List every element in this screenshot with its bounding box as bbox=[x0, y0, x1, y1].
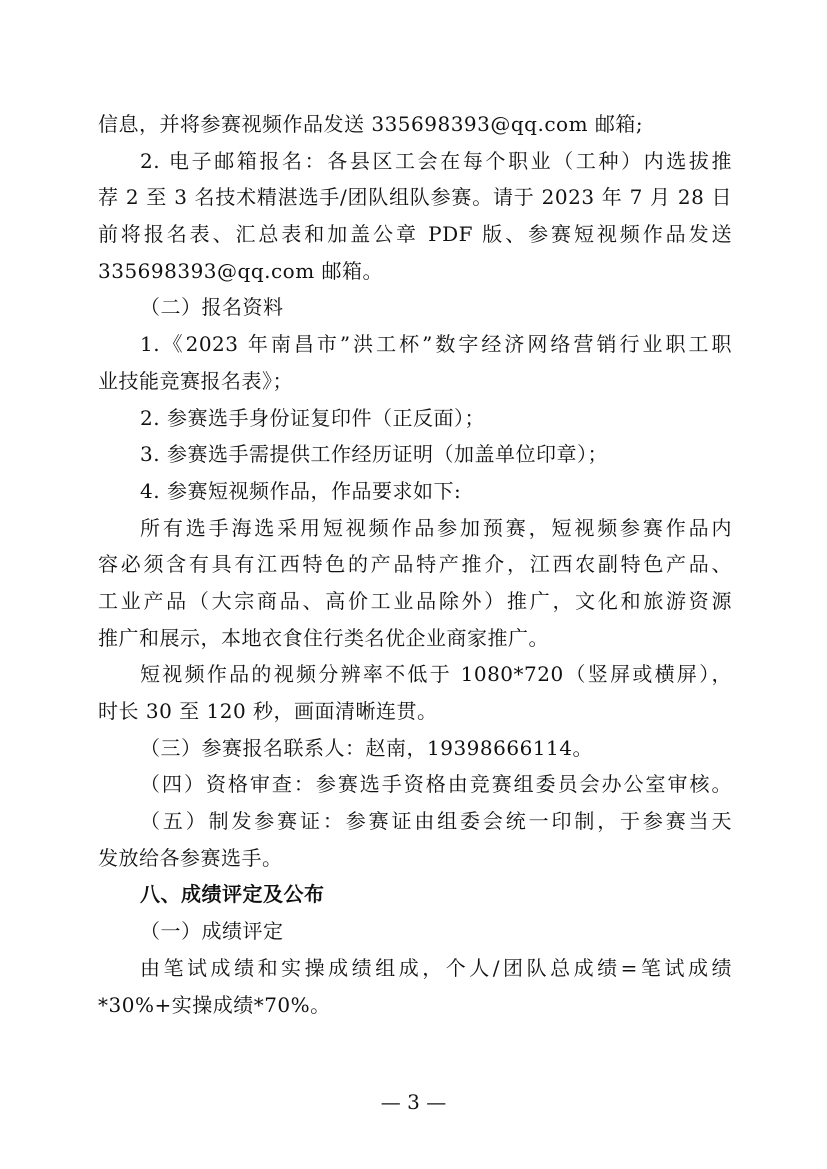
body-line: 荐 2 至 3 名技术精湛选手/团队组队参赛。请于 2023 年 7 月 28 … bbox=[98, 179, 732, 216]
body-line: 工业产品（大宗商品、高价工业品除外）推广，文化和旅游资源 bbox=[98, 583, 732, 620]
body-line: 2. 参赛选手身份证复印件（正反面）； bbox=[98, 400, 732, 437]
document-page: 信息，并将参赛视频作品发送 335698393@qq.com 邮箱; 2. 电子… bbox=[98, 106, 732, 1023]
body-line: *30%+实操成绩*70%。 bbox=[98, 987, 732, 1024]
body-line: 1.《2023 年南昌市”洪工杯”数字经济网络营销行业职工职 bbox=[98, 326, 732, 363]
body-line: 所有选手海选采用短视频作品参加预赛，短视频参赛作品内 bbox=[98, 510, 732, 547]
body-line: 业技能竞赛报名表》； bbox=[98, 363, 732, 400]
body-line: 短视频作品的视频分辨率不低于 1080*720（竖屏或横屏）， bbox=[98, 656, 732, 693]
body-line: 2. 电子邮箱报名：各县区工会在每个职业（工种）内选拔推 bbox=[98, 143, 732, 180]
section-heading: 八、成绩评定及公布 bbox=[98, 876, 732, 913]
page-number: — 3 — bbox=[0, 1090, 827, 1114]
subsection-heading: （一）成绩评定 bbox=[98, 913, 732, 950]
body-line: 3. 参赛选手需提供工作经历证明（加盖单位印章）； bbox=[98, 436, 732, 473]
body-line: 4. 参赛短视频作品，作品要求如下: bbox=[98, 473, 732, 510]
body-line: 时长 30 至 120 秒，画面清晰连贯。 bbox=[98, 693, 732, 730]
body-line: 前将报名表、汇总表和加盖公章 PDF 版、参赛短视频作品发送 bbox=[98, 216, 732, 253]
body-line: （五）制发参赛证：参赛证由组委会统一印制，于参赛当天 bbox=[98, 803, 732, 840]
body-line: 容必须含有具有江西特色的产品特产推介，江西农副特色产品、 bbox=[98, 546, 732, 583]
body-line: 发放给各参赛选手。 bbox=[98, 840, 732, 877]
subsection-heading: （二）报名资料 bbox=[98, 289, 732, 326]
body-line: 推广和展示，本地衣食住行类名优企业商家推广。 bbox=[98, 620, 732, 657]
contact-line: （三）参赛报名联系人：赵南，19398666114。 bbox=[98, 730, 732, 767]
body-line: 信息，并将参赛视频作品发送 335698393@qq.com 邮箱; bbox=[98, 106, 732, 143]
body-line: 335698393@qq.com 邮箱。 bbox=[98, 253, 732, 290]
body-line: （四）资格审查：参赛选手资格由竞赛组委员会办公室审核。 bbox=[98, 766, 732, 803]
body-line: 由笔试成绩和实操成绩组成，个人/团队总成绩=笔试成绩 bbox=[98, 950, 732, 987]
